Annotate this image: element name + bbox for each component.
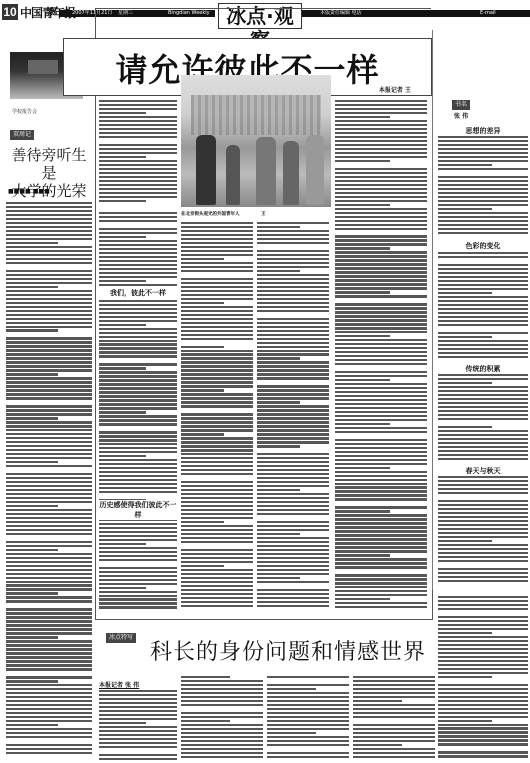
- bottom-tag: 冰点特写: [106, 633, 136, 643]
- right-subhead-2: 色彩的变化: [438, 241, 528, 251]
- right-text-1: [438, 136, 528, 238]
- bottom-col1-text: [99, 690, 177, 762]
- page-number: 10: [2, 4, 18, 20]
- main-byline: 本报记者 王: [379, 85, 411, 94]
- main-photo-caption: 在北京街头观光的外国青年人 王: [181, 211, 331, 217]
- main-subhead-2: 历史感使得我们彼此不一样: [99, 500, 177, 520]
- sidebar-photo-caption: 学校报告会: [12, 108, 37, 115]
- sidebar-body-text: [6, 198, 92, 760]
- sidebar-byline: ■■■■ ■■■: [8, 188, 50, 195]
- right-text-2: [438, 252, 528, 360]
- masthead-email: E-mail: [480, 10, 496, 17]
- main-col4-text: [335, 100, 427, 612]
- main-col3-text: [257, 222, 329, 612]
- right-tag: 书名: [452, 100, 470, 110]
- main-intro-text: [99, 100, 177, 205]
- right-text-4: [438, 476, 528, 586]
- right-subhead-3: 传统的积累: [438, 364, 528, 374]
- bottom-headline: 科长的身份问题和情感世界: [150, 635, 426, 666]
- right-subhead-4: 春天与秋天: [438, 466, 528, 476]
- bottom-col2-text: [181, 676, 263, 762]
- main-col1-text: [99, 212, 177, 612]
- masthead-slashes: ////: [48, 6, 55, 17]
- main-subhead-1: 我们，彼此不一样: [99, 288, 177, 298]
- sidebar-tag: 双周记: [10, 130, 34, 140]
- bottom-col4-text: [353, 676, 435, 762]
- bottom-col5-text: [438, 596, 528, 762]
- bottom-col3-text: [267, 676, 349, 762]
- right-author: 张 伟: [454, 111, 468, 120]
- right-divider: [432, 30, 433, 590]
- bottom-byline: 本报记者 张 伟: [99, 680, 139, 689]
- main-photo: [181, 75, 331, 207]
- right-subhead-1: 思想的差异: [438, 126, 528, 136]
- main-col2-text: [181, 222, 253, 612]
- right-text-3: [438, 374, 528, 462]
